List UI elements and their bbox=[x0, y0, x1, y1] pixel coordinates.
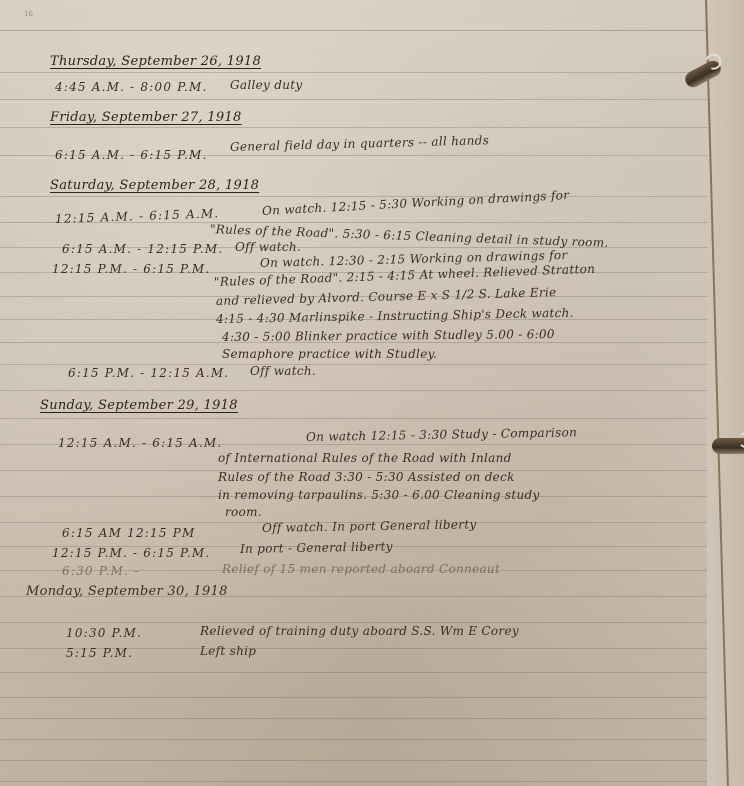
entry-text: Off watch. bbox=[235, 240, 301, 254]
entry-text: room. bbox=[225, 505, 262, 519]
entry-time: 6:15 A.M. - 12:15 P.M. bbox=[62, 242, 223, 256]
entry-time: 6:15 AM 12:15 PM bbox=[62, 526, 196, 540]
entry-text: Off watch. bbox=[250, 364, 316, 378]
rule-line bbox=[0, 760, 744, 761]
rule-line bbox=[0, 364, 744, 365]
rule-line bbox=[0, 72, 744, 73]
entry-text: On watch 12:15 - 3:30 Study - Comparison bbox=[306, 425, 577, 444]
entry-text: Relieved of training duty aboard S.S. Wm… bbox=[200, 624, 519, 638]
rule-line bbox=[0, 672, 744, 673]
rule-line bbox=[0, 739, 744, 740]
rule-line bbox=[0, 390, 744, 391]
entry-date-heading: Saturday, September 28, 1918 bbox=[50, 178, 259, 193]
rule-line bbox=[0, 418, 744, 419]
entry-time: 10:30 P.M. bbox=[66, 626, 142, 640]
entry-time: 4:45 A.M. - 8:00 P.M. bbox=[55, 80, 208, 94]
binder-ring-icon bbox=[712, 438, 744, 454]
rule-line bbox=[0, 196, 744, 197]
entry-text: and relieved by Alvord. Course E x S 1/2… bbox=[216, 285, 557, 308]
rule-line bbox=[0, 781, 744, 782]
entry-text: Left ship bbox=[200, 644, 256, 658]
entry-text: General field day in quarters -- all han… bbox=[230, 133, 489, 154]
entry-text: On watch. 12:15 - 5:30 Working on drawin… bbox=[262, 188, 570, 218]
rule-line bbox=[0, 622, 744, 623]
entry-text: 4:30 - 5:00 Blinker practice with Studle… bbox=[222, 327, 555, 344]
entry-text: Relief of 15 men reported aboard Conneau… bbox=[222, 562, 500, 576]
entry-time: 6:15 A.M. - 6:15 P.M. bbox=[55, 148, 208, 162]
entry-date-heading: Friday, September 27, 1918 bbox=[50, 110, 242, 125]
rule-line bbox=[0, 127, 744, 128]
entry-text: of International Rules of the Road with … bbox=[218, 451, 512, 465]
entry-text: Off watch. In port General liberty bbox=[262, 517, 477, 535]
entry-time: 5:15 P.M. bbox=[66, 646, 133, 660]
entry-text: in removing tarpaulins. 5:30 - 6.00 Clea… bbox=[218, 488, 540, 502]
entry-text: Galley duty bbox=[230, 78, 302, 92]
entry-time: 12:15 P.M. - 6:15 P.M. bbox=[52, 546, 210, 560]
entry-text: Rules of the Road 3:30 - 5:30 Assisted o… bbox=[218, 470, 515, 484]
rule-line bbox=[0, 99, 744, 100]
entry-date-heading: Monday, September 30, 1918 bbox=[26, 584, 228, 599]
entry-text: 4:15 - 4:30 Marlinspike - Instructing Sh… bbox=[216, 306, 574, 326]
entry-time: 6:30 P.M. - bbox=[62, 564, 139, 578]
entry-time: 6:15 P.M. - 12:15 A.M. bbox=[68, 366, 229, 380]
page-number: 16 bbox=[24, 10, 33, 18]
entry-date-heading: Thursday, September 26, 1918 bbox=[50, 54, 261, 69]
entry-time: 12:15 A.M. - 6:15 A.M. bbox=[58, 436, 222, 450]
journal-page: 16 Thursday, September 26, 1918 4:45 A.M… bbox=[0, 0, 744, 786]
entry-date-heading: Sunday, September 29, 1918 bbox=[40, 398, 238, 413]
entry-time: 12:15 P.M. - 6:15 P.M. bbox=[52, 262, 210, 276]
entry-time: 12:15 A.M. - 6:15 A.M. bbox=[55, 206, 220, 226]
entry-text: Semaphore practice with Studley. bbox=[222, 347, 437, 361]
entry-text: In port - General liberty bbox=[240, 539, 393, 556]
rule-line bbox=[0, 30, 744, 31]
rule-line bbox=[0, 697, 744, 698]
rule-line bbox=[0, 718, 744, 719]
